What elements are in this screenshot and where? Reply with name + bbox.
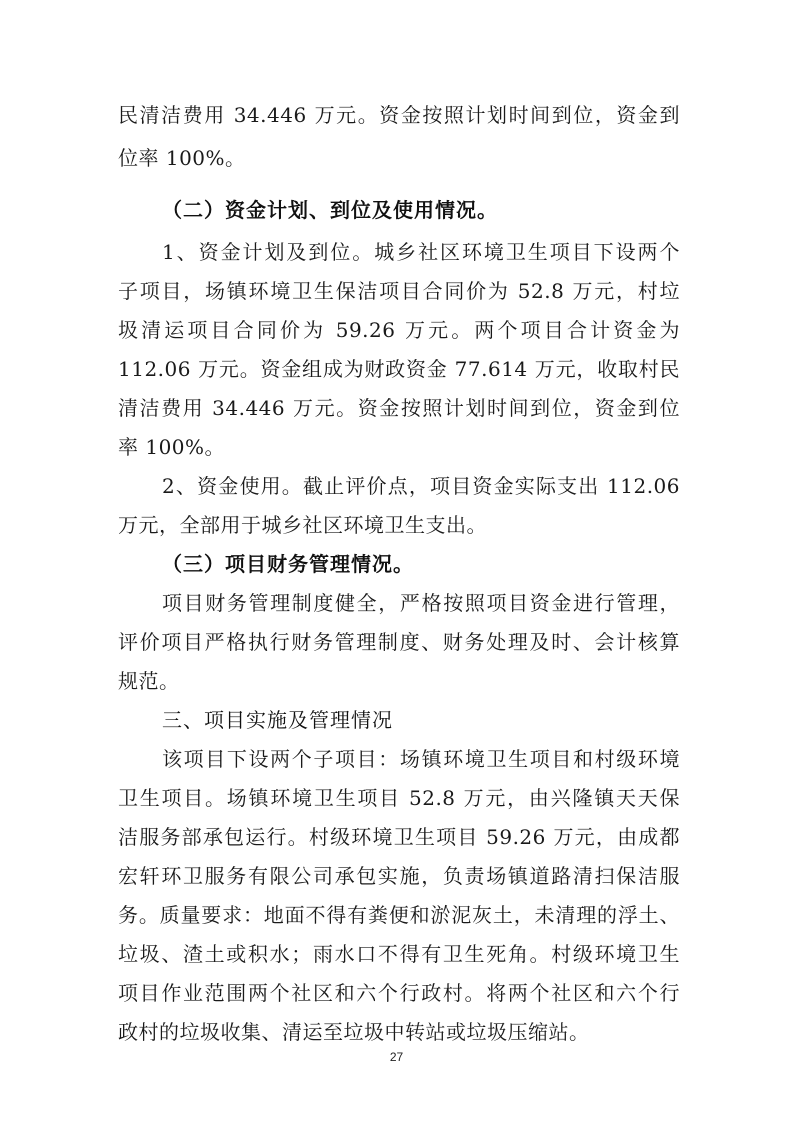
section-heading-funds: （二）资金计划、到位及使用情况。 bbox=[162, 198, 498, 222]
paragraph-line: 1、资金计划及到位。城乡社区环境卫生项目下设两个 bbox=[162, 240, 680, 264]
paragraph-line: 卫生项目。场镇环境卫生项目 52.8 万元，由兴隆镇天天保 bbox=[118, 786, 680, 810]
paragraph-line: 项目作业范围两个社区和六个行政村。将两个社区和六个行 bbox=[118, 981, 680, 1005]
paragraph-line: 项目财务管理制度健全，严格按照项目资金进行管理， bbox=[162, 591, 680, 615]
paragraph-line: 务。质量要求：地面不得有粪便和淤泥灰土，未清理的浮土、 bbox=[118, 903, 680, 927]
paragraph-line: 规范。 bbox=[118, 669, 680, 693]
paragraph-line: 位率 100%。 bbox=[118, 146, 680, 170]
paragraph-line: 洁服务部承包运行。村级环境卫生项目 59.26 万元，由成都 bbox=[118, 825, 680, 849]
paragraph-line: 垃圾、渣土或积水；雨水口不得有卫生死角。村级环境卫生 bbox=[118, 942, 680, 966]
paragraph-line: 万元，全部用于城乡社区环境卫生支出。 bbox=[118, 513, 680, 537]
paragraph-line: 评价项目严格执行财务管理制度、财务处理及时、会计核算 bbox=[118, 630, 680, 654]
paragraph-line: 政村的垃圾收集、清运至垃圾中转站或垃圾压缩站。 bbox=[118, 1020, 680, 1044]
paragraph-line: 子项目，场镇环境卫生保洁项目合同价为 52.8 万元，村垃 bbox=[118, 279, 680, 303]
paragraph-line: 2、资金使用。截止评价点，项目资金实际支出 112.06 bbox=[162, 474, 680, 498]
chapter-heading-implementation: 三、项目实施及管理情况 bbox=[162, 708, 393, 732]
paragraph-line: 民清洁费用 34.446 万元。资金按照计划时间到位，资金到 bbox=[118, 103, 680, 127]
paragraph-line: 112.06 万元。资金组成为财政资金 77.614 万元，收取村民 bbox=[118, 357, 680, 381]
section-heading-finance: （三）项目财务管理情况。 bbox=[162, 552, 414, 576]
paragraph-line: 该项目下设两个子项目：场镇环境卫生项目和村级环境 bbox=[162, 747, 680, 771]
paragraph-line: 清洁费用 34.446 万元。资金按照计划时间到位，资金到位 bbox=[118, 396, 680, 420]
paragraph-line: 率 100%。 bbox=[118, 435, 680, 459]
document-page: 民清洁费用 34.446 万元。资金按照计划时间到位，资金到 位率 100%。 … bbox=[0, 0, 793, 1122]
page-number: 27 bbox=[0, 1050, 793, 1064]
paragraph-line: 宏轩环卫服务有限公司承包实施，负责场镇道路清扫保洁服 bbox=[118, 864, 680, 888]
paragraph-line: 圾清运项目合同价为 59.26 万元。两个项目合计资金为 bbox=[118, 318, 680, 342]
